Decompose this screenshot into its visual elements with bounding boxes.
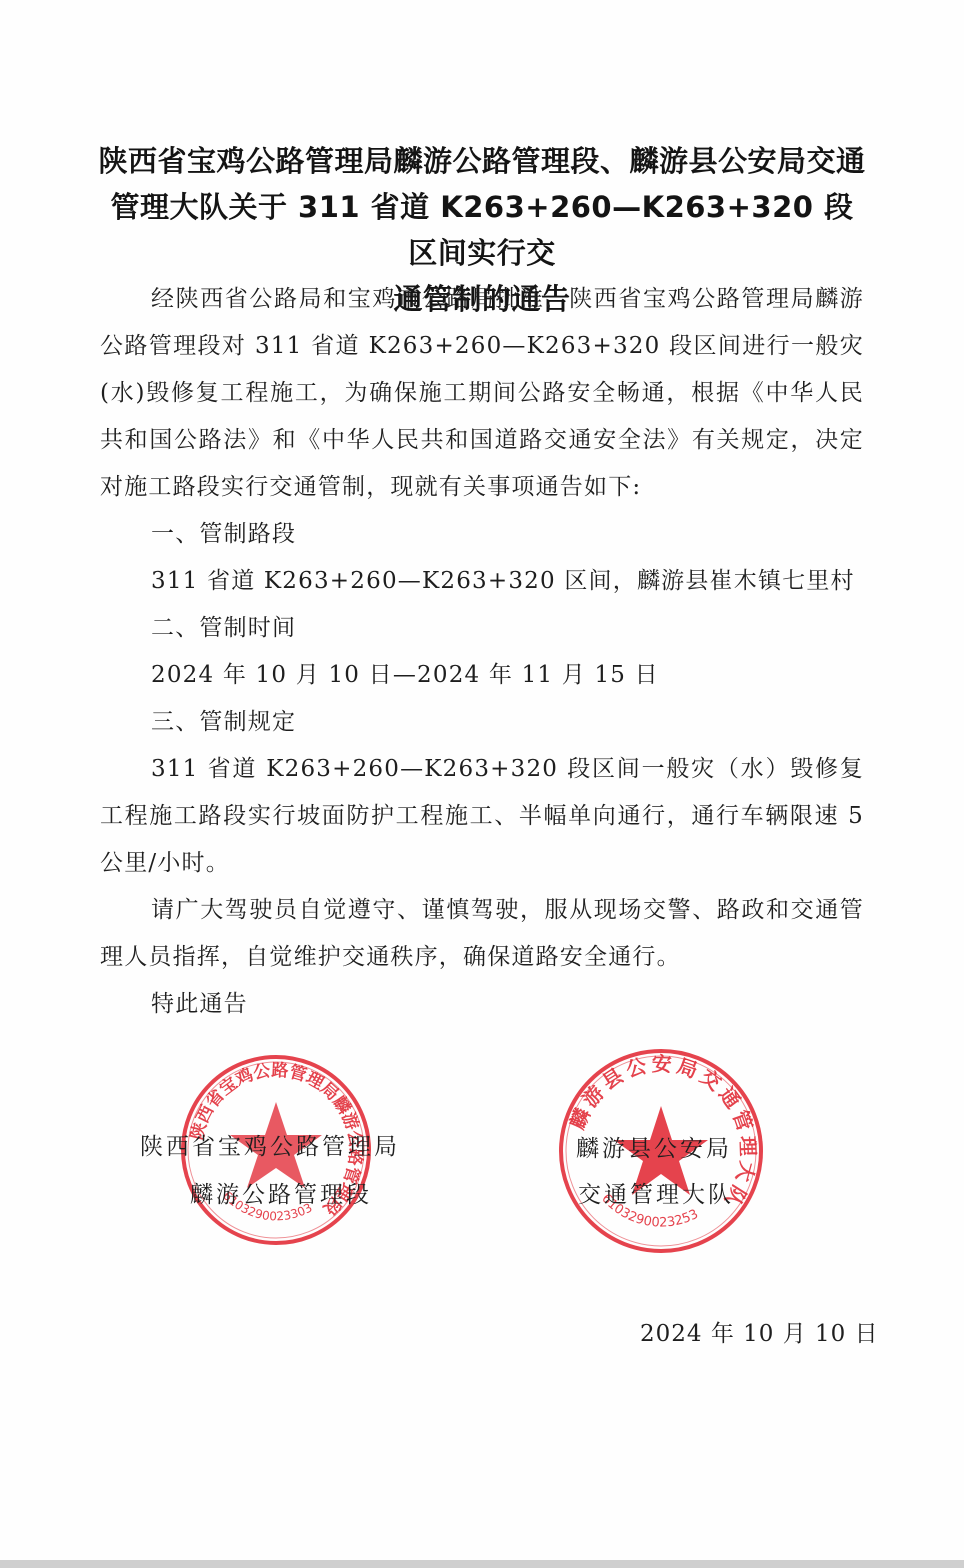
section-content-road: 311 省道 K263+260—K263+320 区间，麟游县崔木镇七里村	[100, 558, 864, 605]
signature-police-line2: 交通管理大队	[578, 1176, 734, 1209]
section-content-rules: 311 省道 K263+260—K263+320 段区间一般灾（水）毁修复工程施…	[100, 746, 864, 887]
appeal-paragraph: 请广大驾驶员自觉遵守、谨慎驾驶，服从现场交警、路政和交通管理人员指挥，自觉维护交…	[100, 887, 864, 981]
document-page: 陕西省宝鸡公路管理局麟游公路管理段、麟游县公安局交通 管理大队关于 311 省道…	[0, 0, 964, 1560]
title-line-1: 陕西省宝鸡公路管理局麟游公路管理段、麟游县公安局交通	[96, 138, 868, 184]
closing-text: 特此通告	[100, 981, 864, 1028]
document-body: 经陕西省公路局和宝鸡市公路局批准，陕西省宝鸡公路管理局麟游公路管理段对 311 …	[100, 276, 864, 1028]
section-heading-rules: 三、管制规定	[100, 699, 864, 746]
signature-highway-line2: 麟游公路管理段	[190, 1176, 372, 1209]
section-heading-time: 二、管制时间	[100, 605, 864, 652]
section-heading-road: 一、管制路段	[100, 511, 864, 558]
signature-police-line1: 麟游县公安局	[576, 1130, 732, 1163]
title-line-2: 管理大队关于 311 省道 K263+260—K263+320 段区间实行交	[96, 184, 868, 276]
signature-highway-line1: 陕西省宝鸡公路管理局	[140, 1128, 400, 1161]
section-content-time: 2024 年 10 月 10 日—2024 年 11 月 15 日	[100, 652, 864, 699]
bottom-edge	[0, 1560, 964, 1568]
document-date: 2024 年 10 月 10 日	[640, 1315, 879, 1348]
intro-paragraph: 经陕西省公路局和宝鸡市公路局批准，陕西省宝鸡公路管理局麟游公路管理段对 311 …	[100, 276, 864, 511]
